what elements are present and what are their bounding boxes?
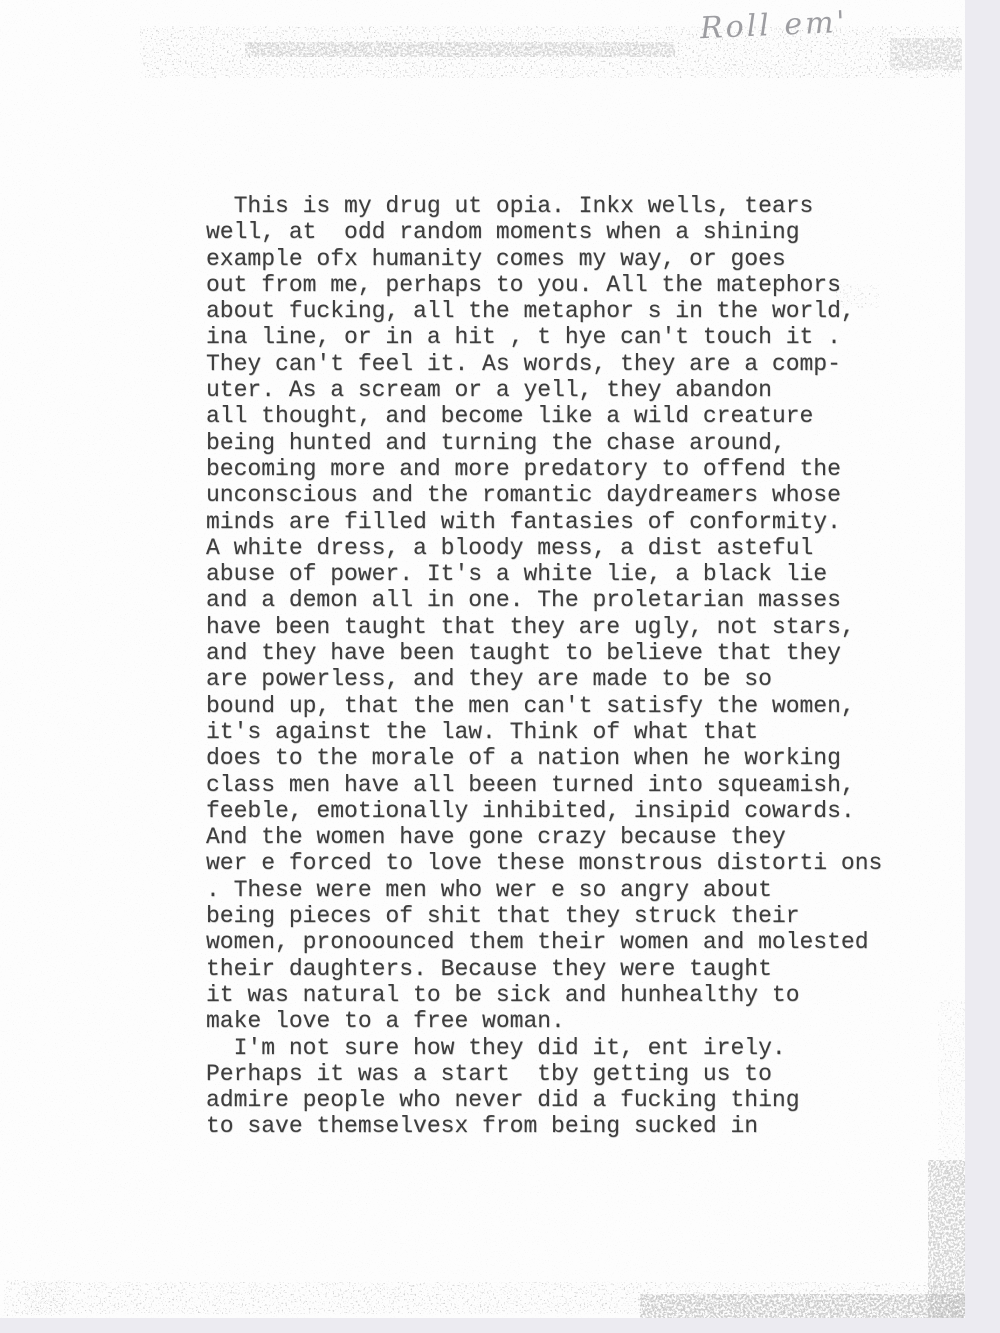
text-line: and a demon all in one. The proletarian …: [206, 587, 896, 613]
text-line: make love to a free woman.: [206, 1008, 896, 1034]
text-line: being hunted and turning the chase aroun…: [206, 430, 896, 456]
text-line: A white dress, a bloody mess, a dist ast…: [206, 535, 896, 561]
text-line: all thought, and become like a wild crea…: [206, 403, 896, 429]
text-line: about fucking, all the metaphor s in the…: [206, 298, 896, 324]
text-line: This is my drug ut opia. Inkx wells, tea…: [206, 193, 896, 219]
text-line: unconscious and the romantic daydreamers…: [206, 482, 896, 508]
text-line: and they have been taught to believe tha…: [206, 640, 896, 666]
text-line: bound up, that the men can't satisfy the…: [206, 693, 896, 719]
typewritten-text: This is my drug ut opia. Inkx wells, tea…: [206, 193, 896, 1140]
text-line: becoming more and more predatory to offe…: [206, 456, 896, 482]
text-line: feeble, emotionally inhibited, insipid c…: [206, 798, 896, 824]
text-line: example ofx humanity comes my way, or go…: [206, 246, 896, 272]
handwritten-note: Roll em': [699, 5, 848, 46]
text-line: They can't feel it. As words, they are a…: [206, 351, 896, 377]
text-line: are powerless, and they are made to be s…: [206, 666, 896, 692]
text-line: it's against the law. Think of what that: [206, 719, 896, 745]
text-line: I'm not sure how they did it, ent irely.: [206, 1035, 896, 1061]
text-line: well, at odd random moments when a shini…: [206, 219, 896, 245]
text-line: it was natural to be sick and hunhealthy…: [206, 982, 896, 1008]
text-line: class men have all beeen turned into squ…: [206, 772, 896, 798]
text-line: admire people who never did a fucking th…: [206, 1087, 896, 1113]
text-line: have been taught that they are ugly, not…: [206, 614, 896, 640]
text-line: And the women have gone crazy because th…: [206, 824, 896, 850]
text-line: . These were men who wer e so angry abou…: [206, 877, 896, 903]
text-line: women, pronoounced them their women and …: [206, 929, 896, 955]
text-line: minds are filled with fantasies of confo…: [206, 509, 896, 535]
text-line: ina line, or in a hit , t hye can't touc…: [206, 324, 896, 350]
text-line: their daughters. Because they were taugh…: [206, 956, 896, 982]
text-line: abuse of power. It's a white lie, a blac…: [206, 561, 896, 587]
text-line: out from me, perhaps to you. All the mat…: [206, 272, 896, 298]
text-line: wer e forced to love these monstrous dis…: [206, 850, 896, 876]
text-line: Perhaps it was a start tby getting us to: [206, 1061, 896, 1087]
text-line: to save themselvesx from being sucked in: [206, 1113, 896, 1139]
scan-viewer: Roll em' This is my drug ut opia. Inkx w…: [0, 0, 1000, 1333]
text-line: uter. As a scream or a yell, they abando…: [206, 377, 896, 403]
text-line: being pieces of shit that they struck th…: [206, 903, 896, 929]
text-line: does to the morale of a nation when he w…: [206, 745, 896, 771]
